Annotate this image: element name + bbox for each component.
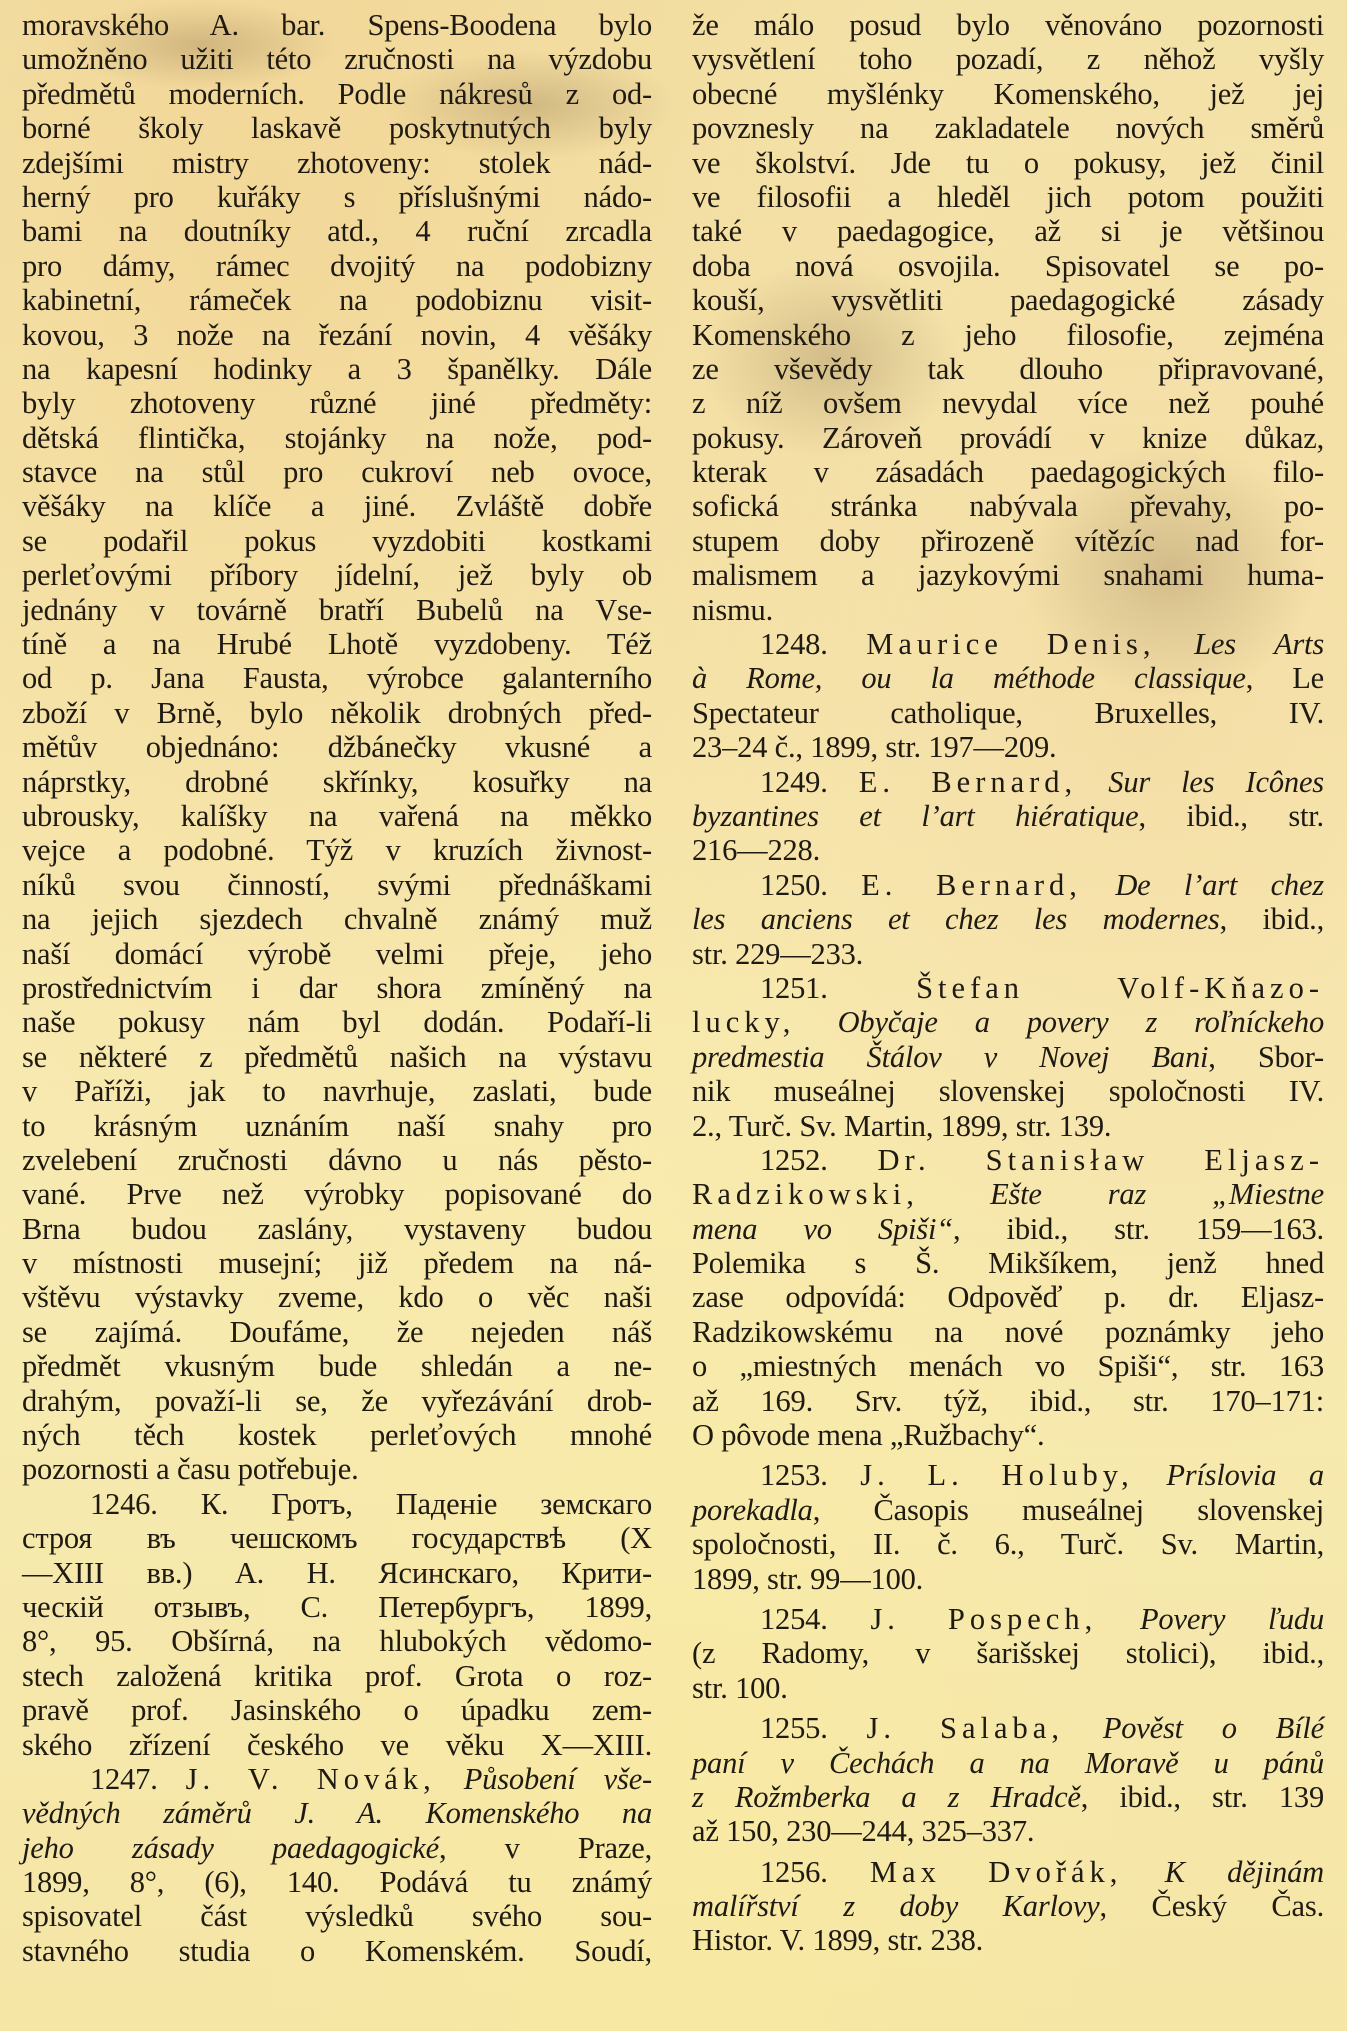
text-line: stupem doby přirozeně vítězíc nad for- xyxy=(692,524,1324,558)
entry-title: K dějinám xyxy=(1165,1855,1324,1889)
entry-title: Povery ľudu xyxy=(1140,1602,1324,1636)
bibliography-entry-1250: 1250. E. Bernard, De l’art chez xyxy=(692,868,1324,902)
text-line: až 150, 230—244, 325–337. xyxy=(692,1814,1324,1848)
entry-title: jeho zásady paedagogické xyxy=(22,1831,439,1865)
entry-title: les anciens et chez les modernes xyxy=(692,902,1220,936)
entry-author: J. Salaba, xyxy=(867,1711,1064,1745)
text-line: byly zhotoveny různé jiné předměty: xyxy=(22,386,652,420)
text-line: od p. Jana Fausta, výrobce galanterního xyxy=(22,661,652,695)
text-line: se podařil pokus vyzdobiti kostkami xyxy=(22,524,652,558)
entry-author: E. Bernard, xyxy=(859,765,1077,799)
text-line: Radzikowskému na nové poznámky jeho xyxy=(692,1315,1324,1349)
bibliography-entry-1256: 1256. Max Dvořák, K dějinám xyxy=(692,1855,1324,1889)
entry-text: , Le xyxy=(1246,661,1324,695)
text-line: zdejšími mistry zhotoveny: stolek nád- xyxy=(22,146,652,180)
text-line: 23–24 č., 1899, str. 197—209. xyxy=(692,730,1324,764)
entry-title: Pověst o Bílé xyxy=(1103,1711,1324,1745)
text-line: Radzikowski, Ešte raz „Miestne xyxy=(692,1177,1324,1211)
text-line: lucky, Obyčaje a povery z roľníckeho xyxy=(692,1005,1324,1039)
text-line: Komenského z jeho filosofie, zejména xyxy=(692,318,1324,352)
bibliography-entry-1253: 1253. J. L. Holuby, Príslovia a xyxy=(692,1458,1324,1492)
text-line: dětská flintička, stojánky na nože, pod- xyxy=(22,421,652,455)
entry-number: 1255. xyxy=(760,1711,828,1745)
text-line: stavného studia o Komenském. Soudí, xyxy=(22,1934,652,1968)
text-line: herný pro kuřáky s příslušnými nádo- xyxy=(22,180,652,214)
text-line: z níž ovšem nevydal více než pouhé xyxy=(692,386,1324,420)
entry-text: , ibid., str. 159—163. xyxy=(953,1212,1324,1246)
text-line: 1899, str. 99—100. xyxy=(692,1562,1324,1596)
text-line: mětův objednáno: džbánečky vkusné a xyxy=(22,730,652,764)
entry-author: J. V. Novák, xyxy=(186,1762,436,1796)
text-line: spisovatel část výsledků svého sou- xyxy=(22,1899,652,1933)
entry-author: Štefan Volf-Kňazo- xyxy=(916,971,1324,1005)
text-line: na jejich sjezdech chvalně známý muž xyxy=(22,902,652,936)
entry-title: porekadla xyxy=(692,1493,813,1527)
text-line: náprstky, drobné skřínky, kosuřky na xyxy=(22,765,652,799)
text-line: níků svou činností, svými přednáškami xyxy=(22,868,652,902)
entry-author: Dr. Stanisław Eljasz- xyxy=(877,1143,1324,1177)
bibliography-entry-1255: 1255. J. Salaba, Pověst o Bílé xyxy=(692,1711,1324,1745)
entry-text: , ibid., str. 139 xyxy=(1081,1780,1324,1814)
entry-author: E. Bernard, xyxy=(861,868,1082,902)
text-line: 2., Turč. Sv. Martin, 1899, str. 139. xyxy=(692,1109,1324,1143)
left-column: moravského A. bar. Spens-Boodena bylo um… xyxy=(22,8,652,1968)
text-line: malismem a jazykovými snahami huma- xyxy=(692,558,1324,592)
text-line: kabinetní, rámeček na podobiznu visit- xyxy=(22,283,652,317)
text-line: předmětů moderních. Podle nákresů z od- xyxy=(22,77,652,111)
text-line: paní v Čechách a na Moravě u pánů xyxy=(692,1746,1324,1780)
entry-text: , ibid., xyxy=(1220,902,1324,936)
text-line: O pôvode mena „Ružbachy“. xyxy=(692,1418,1324,1452)
text-line: moravského A. bar. Spens-Boodena bylo xyxy=(22,8,652,42)
text-line: zase odpovídá: Odpověď p. dr. Eljasz- xyxy=(692,1280,1324,1314)
text-line: ve školství. Jde tu o pokusy, jež činil xyxy=(692,146,1324,180)
text-line: porekadla, Časopis museálnej slovenskej xyxy=(692,1493,1324,1527)
entry-number: 1253. xyxy=(760,1458,828,1492)
text-line: že málo posud bylo věnováno pozornosti xyxy=(692,8,1324,42)
bibliography-entry-1254: 1254. J. Pospech, Povery ľudu xyxy=(692,1602,1324,1636)
text-line: 216—228. xyxy=(692,833,1324,867)
text-line: ných těch kostek perleťových mnohé xyxy=(22,1418,652,1452)
text-line: nik museálnej slovenskej spoločnosti IV. xyxy=(692,1074,1324,1108)
entry-author: J. L. Holuby, xyxy=(860,1458,1133,1492)
text-line: také v paedagogice, až si je většinou xyxy=(692,214,1324,248)
text-line: povznesly na zakladatele nových směrů xyxy=(692,111,1324,145)
text-line: ze vševědy tak dlouho připravované, xyxy=(692,352,1324,386)
text-line: str. 100. xyxy=(692,1671,1324,1705)
text-line: Spectateur catholique, Bruxelles, IV. xyxy=(692,696,1324,730)
text-line: à Rome, ou la méthode classique, Le xyxy=(692,661,1324,695)
entry-title: Паденіе земскаго xyxy=(396,1487,652,1521)
text-line: sofická stránka nabývala převahy, po- xyxy=(692,489,1324,523)
text-line: stavce na stůl pro cukroví neb ovoce, xyxy=(22,455,652,489)
text-line: to krásným uznáním naší snahy pro xyxy=(22,1109,652,1143)
text-line: 8°, 95. Obšírná, na hlubokých vědomo- xyxy=(22,1624,652,1658)
text-line: naše pokusy nám byl dodán. Podaří-li xyxy=(22,1005,652,1039)
bibliography-entry-1247: 1247. J. V. Novák, Působení vše- xyxy=(22,1762,652,1796)
text-line: Polemika s Š. Mikšíkem, jenž hned xyxy=(692,1246,1324,1280)
entry-title: De l’art chez xyxy=(1115,868,1324,902)
text-line: bami na doutníky atd., 4 ruční zrcadla xyxy=(22,214,652,248)
text-line: kovou, 3 nože na řezání novin, 4 věšáky xyxy=(22,318,652,352)
text-line: doba nová osvojila. Spisovatel se po- xyxy=(692,249,1324,283)
text-line: ubrousky, kalíšky na vařená na měkko xyxy=(22,799,652,833)
text-line: ческій отзывъ, С. Петербургъ, 1899, xyxy=(22,1590,652,1624)
entry-title: Les Arts xyxy=(1194,627,1324,661)
text-line: jednány v továrně bratří Bubelů na Vse- xyxy=(22,593,652,627)
entry-number: 1252. xyxy=(760,1143,828,1177)
text-line: prostřednictvím i dar shora zmíněný na xyxy=(22,971,652,1005)
entry-title: malířství z doby Karlovy xyxy=(692,1889,1100,1923)
entry-title: paní v Čechách a na Moravě u pánů xyxy=(692,1746,1324,1780)
text-line: zvelebení zručnosti dávno u nás pěsto- xyxy=(22,1143,652,1177)
text-line: se zajímá. Doufáme, že nejeden náš xyxy=(22,1315,652,1349)
text-line: drahým, považí-li se, že vyřezávání drob… xyxy=(22,1384,652,1418)
text-line: pravě prof. Jasinského o úpadku zem- xyxy=(22,1693,652,1727)
text-line: se některé z předmětů našich na výstavu xyxy=(22,1040,652,1074)
text-line: vejce a podobné. Týž v kruzích živnost- xyxy=(22,833,652,867)
text-line: pozornosti a času potřebuje. xyxy=(22,1452,652,1486)
entry-title: byzantines et l’art hiératique xyxy=(692,799,1138,833)
text-line: tíně a na Hrubé Lhotě vyzdobeny. Též xyxy=(22,627,652,661)
right-column: že málo posud bylo věnováno pozornosti v… xyxy=(692,8,1324,1958)
bibliography-entry-1251: 1251. Štefan Volf-Kňazo- xyxy=(692,971,1324,1005)
text-line: Histor. V. 1899, str. 238. xyxy=(692,1923,1324,1957)
text-line: pokusy. Zároveň provádí v knize důkaz, xyxy=(692,421,1324,455)
text-line: pro dámy, rámec dvojitý na podobizny xyxy=(22,249,652,283)
entry-number: 1254. xyxy=(760,1602,828,1636)
bibliography-entry-1249: 1249. E. Bernard, Sur les Icônes xyxy=(692,765,1324,799)
text-line: строя въ чешскомъ государствѣ (X xyxy=(22,1521,652,1555)
text-line: ve filosofii a hleděl jich potom použiti xyxy=(692,180,1324,214)
text-line: z Rožmberka a z Hradcě, ibid., str. 139 xyxy=(692,1780,1324,1814)
text-line: jeho zásady paedagogické, v Praze, xyxy=(22,1831,652,1865)
text-line: predmestia Štálov v Novej Bani, Sbor- xyxy=(692,1040,1324,1074)
text-line: borné školy laskavě poskytnutých byly xyxy=(22,111,652,145)
entry-number: 1251. xyxy=(760,971,828,1005)
entry-author: Max Dvořák, xyxy=(870,1855,1122,1889)
text-line: kouší, vysvětliti paedagogické zásady xyxy=(692,283,1324,317)
text-line: vysvětlení toho pozadí, z něhož vyšly xyxy=(692,42,1324,76)
text-line: o „miestných menách vo Spiši“, str. 163 xyxy=(692,1349,1324,1383)
entry-title: predmestia Štálov v Novej Bani xyxy=(692,1040,1208,1074)
bibliography-entry-1252: 1252. Dr. Stanisław Eljasz- xyxy=(692,1143,1324,1177)
text-line: ského zřízení českého ve věku X—XIII. xyxy=(22,1728,652,1762)
text-line: v Paříži, jak to navrhuje, zaslati, bude xyxy=(22,1074,652,1108)
text-line: mena vo Spiši“, ibid., str. 159—163. xyxy=(692,1212,1324,1246)
text-line: byzantines et l’art hiératique, ibid., s… xyxy=(692,799,1324,833)
text-line: nismu. xyxy=(692,593,1324,627)
entry-title: Príslovia a xyxy=(1166,1458,1324,1492)
text-line: —XIII вв.) А. Н. Ясинскаго, Крити- xyxy=(22,1556,652,1590)
entry-title: mena vo Spiši“ xyxy=(692,1212,953,1246)
text-line: stech založená kritika prof. Grota o roz… xyxy=(22,1659,652,1693)
text-line: kterak v zásadách paedagogických filo- xyxy=(692,455,1324,489)
entry-number: 1246. xyxy=(90,1487,158,1521)
text-line: 1899, 8°, (6), 140. Podává tu známý xyxy=(22,1865,652,1899)
text-line: naší domácí výrobě velmi přeje, jeho xyxy=(22,937,652,971)
entry-number: 1248. xyxy=(760,627,828,661)
entry-title: vědných záměrů J. A. Komenského na xyxy=(22,1796,652,1830)
text-line: perleťovými příbory jídelní, jež byly ob xyxy=(22,558,652,592)
text-line: str. 229—233. xyxy=(692,937,1324,971)
text-line: na kapesní hodinky a 3 španělky. Dále xyxy=(22,352,652,386)
entry-author: lucky, xyxy=(692,1005,838,1039)
entry-text: , Sbor- xyxy=(1208,1040,1324,1074)
bibliography-entry-1248: 1248. Maurice Denis, Les Arts xyxy=(692,627,1324,661)
text-line: zboží v Brně, bylo několik drobných před… xyxy=(22,696,652,730)
entry-title: z Rožmberka a z Hradcě xyxy=(692,1780,1081,1814)
text-line: až 169. Srv. týž, ibid., str. 170–171: xyxy=(692,1384,1324,1418)
entry-author: Radzikowski, xyxy=(692,1177,990,1211)
text-line: obecné myšlénky Komenského, jež jej xyxy=(692,77,1324,111)
entry-number: 1256. xyxy=(760,1855,828,1889)
entry-author: J. Pospech, xyxy=(870,1602,1097,1636)
entry-number: 1247. xyxy=(90,1762,158,1796)
entry-number: 1250. xyxy=(760,868,828,902)
entry-text: , v Praze, xyxy=(439,1831,652,1865)
text-line: umožněno užiti této zručnosti na výzdobu xyxy=(22,42,652,76)
text-line: předmět vkusným bude shledán a ne- xyxy=(22,1349,652,1383)
text-line: Brna budou zaslány, vystaveny budou xyxy=(22,1212,652,1246)
text-line: v místnosti musejní; již předem na ná- xyxy=(22,1246,652,1280)
text-line: vědných záměrů J. A. Komenského na xyxy=(22,1796,652,1830)
entry-title: Sur les Icônes xyxy=(1108,765,1324,799)
entry-text: , ibid., str. xyxy=(1138,799,1324,833)
text-line: věšáky na klíče a jiné. Zvláště dobře xyxy=(22,489,652,523)
bibliography-entry-1246: 1246. К. Гротъ, Паденіе земскаго xyxy=(22,1487,652,1521)
entry-author: К. Гротъ, xyxy=(201,1487,353,1521)
entry-title: Působení vše- xyxy=(464,1762,652,1796)
text-line: les anciens et chez les modernes, ibid., xyxy=(692,902,1324,936)
text-line: spoločnosti, II. č. 6., Turč. Sv. Martin… xyxy=(692,1527,1324,1561)
text-line: (z Radomy, v šarišskej stolici), ibid., xyxy=(692,1636,1324,1670)
entry-text: , Časopis museálnej slovenskej xyxy=(813,1493,1324,1527)
text-line: malířství z doby Karlovy, Český Čas. xyxy=(692,1889,1324,1923)
text-line: vštěvu výstavky zveme, kdo o věc naši xyxy=(22,1280,652,1314)
entry-title: Ešte raz „Miestne xyxy=(990,1177,1324,1211)
text-line: vané. Prve než výrobky popisované do xyxy=(22,1177,652,1211)
entry-text: , Český Čas. xyxy=(1100,1889,1324,1923)
entry-title: Obyčaje a povery z roľníckeho xyxy=(838,1005,1324,1039)
entry-author: Maurice Denis, xyxy=(866,627,1155,661)
entry-title: à Rome, ou la méthode classique xyxy=(692,661,1246,695)
entry-number: 1249. xyxy=(760,765,828,799)
scanned-page: moravského A. bar. Spens-Boodena bylo um… xyxy=(0,0,1347,2031)
